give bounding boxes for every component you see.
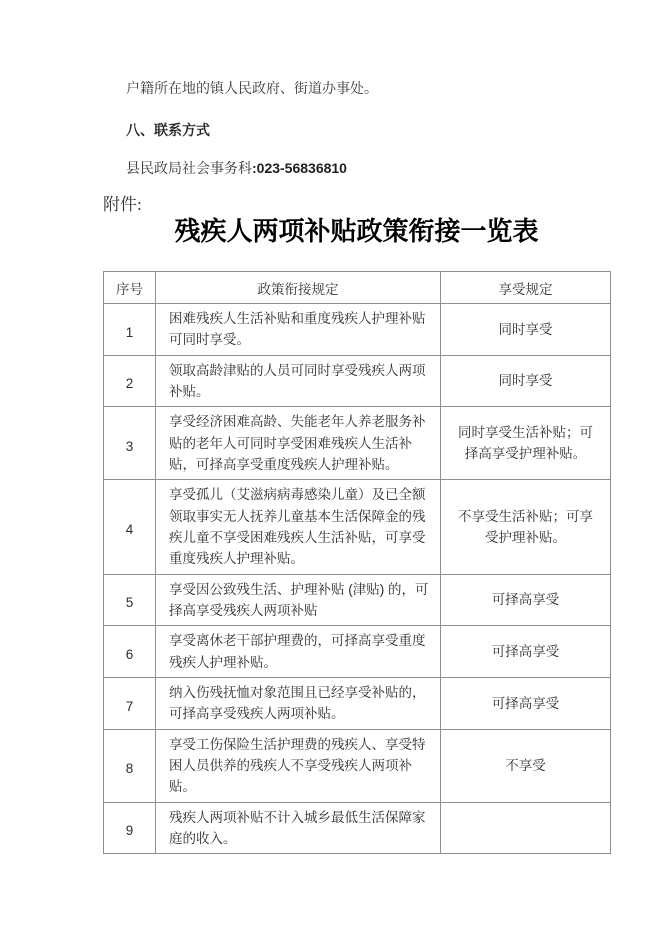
policy-cell: 领取高龄津贴的人员可同时享受残疾人两项补贴。	[156, 355, 441, 407]
row-number-cell: 2	[104, 355, 156, 407]
table-row: 2 领取高龄津贴的人员可同时享受残疾人两项补贴。 同时享受	[104, 355, 611, 407]
entitlement-cell: 可择高享受	[441, 626, 611, 678]
policy-table: 序号 政策衔接规定 享受规定 1 困难残疾人生活补贴和重度残疾人护理补贴可同时享…	[103, 271, 611, 854]
column-header-serial: 序号	[104, 272, 156, 304]
row-number-cell: 4	[104, 480, 156, 574]
entitlement-cell: 不享受生活补贴；可享受护理补贴。	[441, 480, 611, 574]
document-page: 户籍所在地的镇人民政府、街道办事处。 八、联系方式 县民政局社会事务科:023-…	[0, 0, 668, 945]
row-number-cell: 3	[104, 407, 156, 480]
policy-cell: 享受经济困难高龄、失能老年人养老服务补贴的老年人可同时享受困难残疾人生活补贴，可…	[156, 407, 441, 480]
contact-department: 县民政局社会事务科	[126, 162, 252, 177]
table-row: 4 享受孤儿（艾滋病病毒感染儿童）及已全额领取事实无人抚养儿童基本生活保障金的残…	[104, 480, 611, 574]
entitlement-cell: 不享受	[441, 729, 611, 802]
table-row: 7 纳入伤残抚恤对象范围且已经享受补贴的，可择高享受残疾人两项补贴。 可择高享受	[104, 677, 611, 729]
policy-cell: 享受离休老干部护理费的，可择高享受重度残疾人护理补贴。	[156, 626, 441, 678]
contact-phone-number: :023-56836810	[252, 160, 347, 176]
entitlement-cell: 可择高享受	[441, 677, 611, 729]
page-title: 残疾人两项补贴政策衔接一览表	[103, 211, 610, 248]
column-header-policy: 政策衔接规定	[156, 272, 441, 304]
row-number-cell: 6	[104, 626, 156, 678]
table-row: 5 享受因公致残生活、护理补贴 (津贴) 的，可 择高享受残疾人两项补贴 可择高…	[104, 574, 611, 626]
row-number-cell: 8	[104, 729, 156, 802]
policy-cell: 困难残疾人生活补贴和重度残疾人护理补贴可同时享受。	[156, 304, 441, 356]
section-heading-contact: 八、联系方式	[126, 120, 210, 140]
table-header-row: 序号 政策衔接规定 享受规定	[104, 272, 611, 304]
policy-cell: 残疾人两项补贴不计入城乡最低生活保障家庭的收入。	[156, 802, 441, 854]
policy-cell: 享受孤儿（艾滋病病毒感染儿童）及已全额领取事实无人抚养儿童基本生活保障金的残疾儿…	[156, 480, 441, 574]
table-row: 1 困难残疾人生活补贴和重度残疾人护理补贴可同时享受。 同时享受	[104, 304, 611, 356]
entitlement-cell: 可择高享受	[441, 574, 611, 626]
policy-cell: 享受因公致残生活、护理补贴 (津贴) 的，可 择高享受残疾人两项补贴	[156, 574, 441, 626]
table-row: 3 享受经济困难高龄、失能老年人养老服务补贴的老年人可同时享受困难残疾人生活补贴…	[104, 407, 611, 480]
column-header-entitlement: 享受规定	[441, 272, 611, 304]
row-number-cell: 5	[104, 574, 156, 626]
table-row: 9 残疾人两项补贴不计入城乡最低生活保障家庭的收入。	[104, 802, 611, 854]
entitlement-cell	[441, 802, 611, 854]
contact-line: 县民政局社会事务科:023-56836810	[126, 158, 347, 178]
policy-cell: 纳入伤残抚恤对象范围且已经享受补贴的，可择高享受残疾人两项补贴。	[156, 677, 441, 729]
table-row: 8 享受工伤保险生活护理费的残疾人、享受特困人员供养的残疾人不享受残疾人两项补贴…	[104, 729, 611, 802]
paragraph-household-registration: 户籍所在地的镇人民政府、街道办事处。	[126, 79, 378, 99]
entitlement-cell: 同时享受生活补贴；可择高享受护理补贴。	[441, 407, 611, 480]
row-number-cell: 7	[104, 677, 156, 729]
row-number-cell: 9	[104, 802, 156, 854]
entitlement-cell: 同时享受	[441, 355, 611, 407]
policy-cell: 享受工伤保险生活护理费的残疾人、享受特困人员供养的残疾人不享受残疾人两项补贴。	[156, 729, 441, 802]
entitlement-cell: 同时享受	[441, 304, 611, 356]
row-number-cell: 1	[104, 304, 156, 356]
table-row: 6 享受离休老干部护理费的，可择高享受重度残疾人护理补贴。 可择高享受	[104, 626, 611, 678]
